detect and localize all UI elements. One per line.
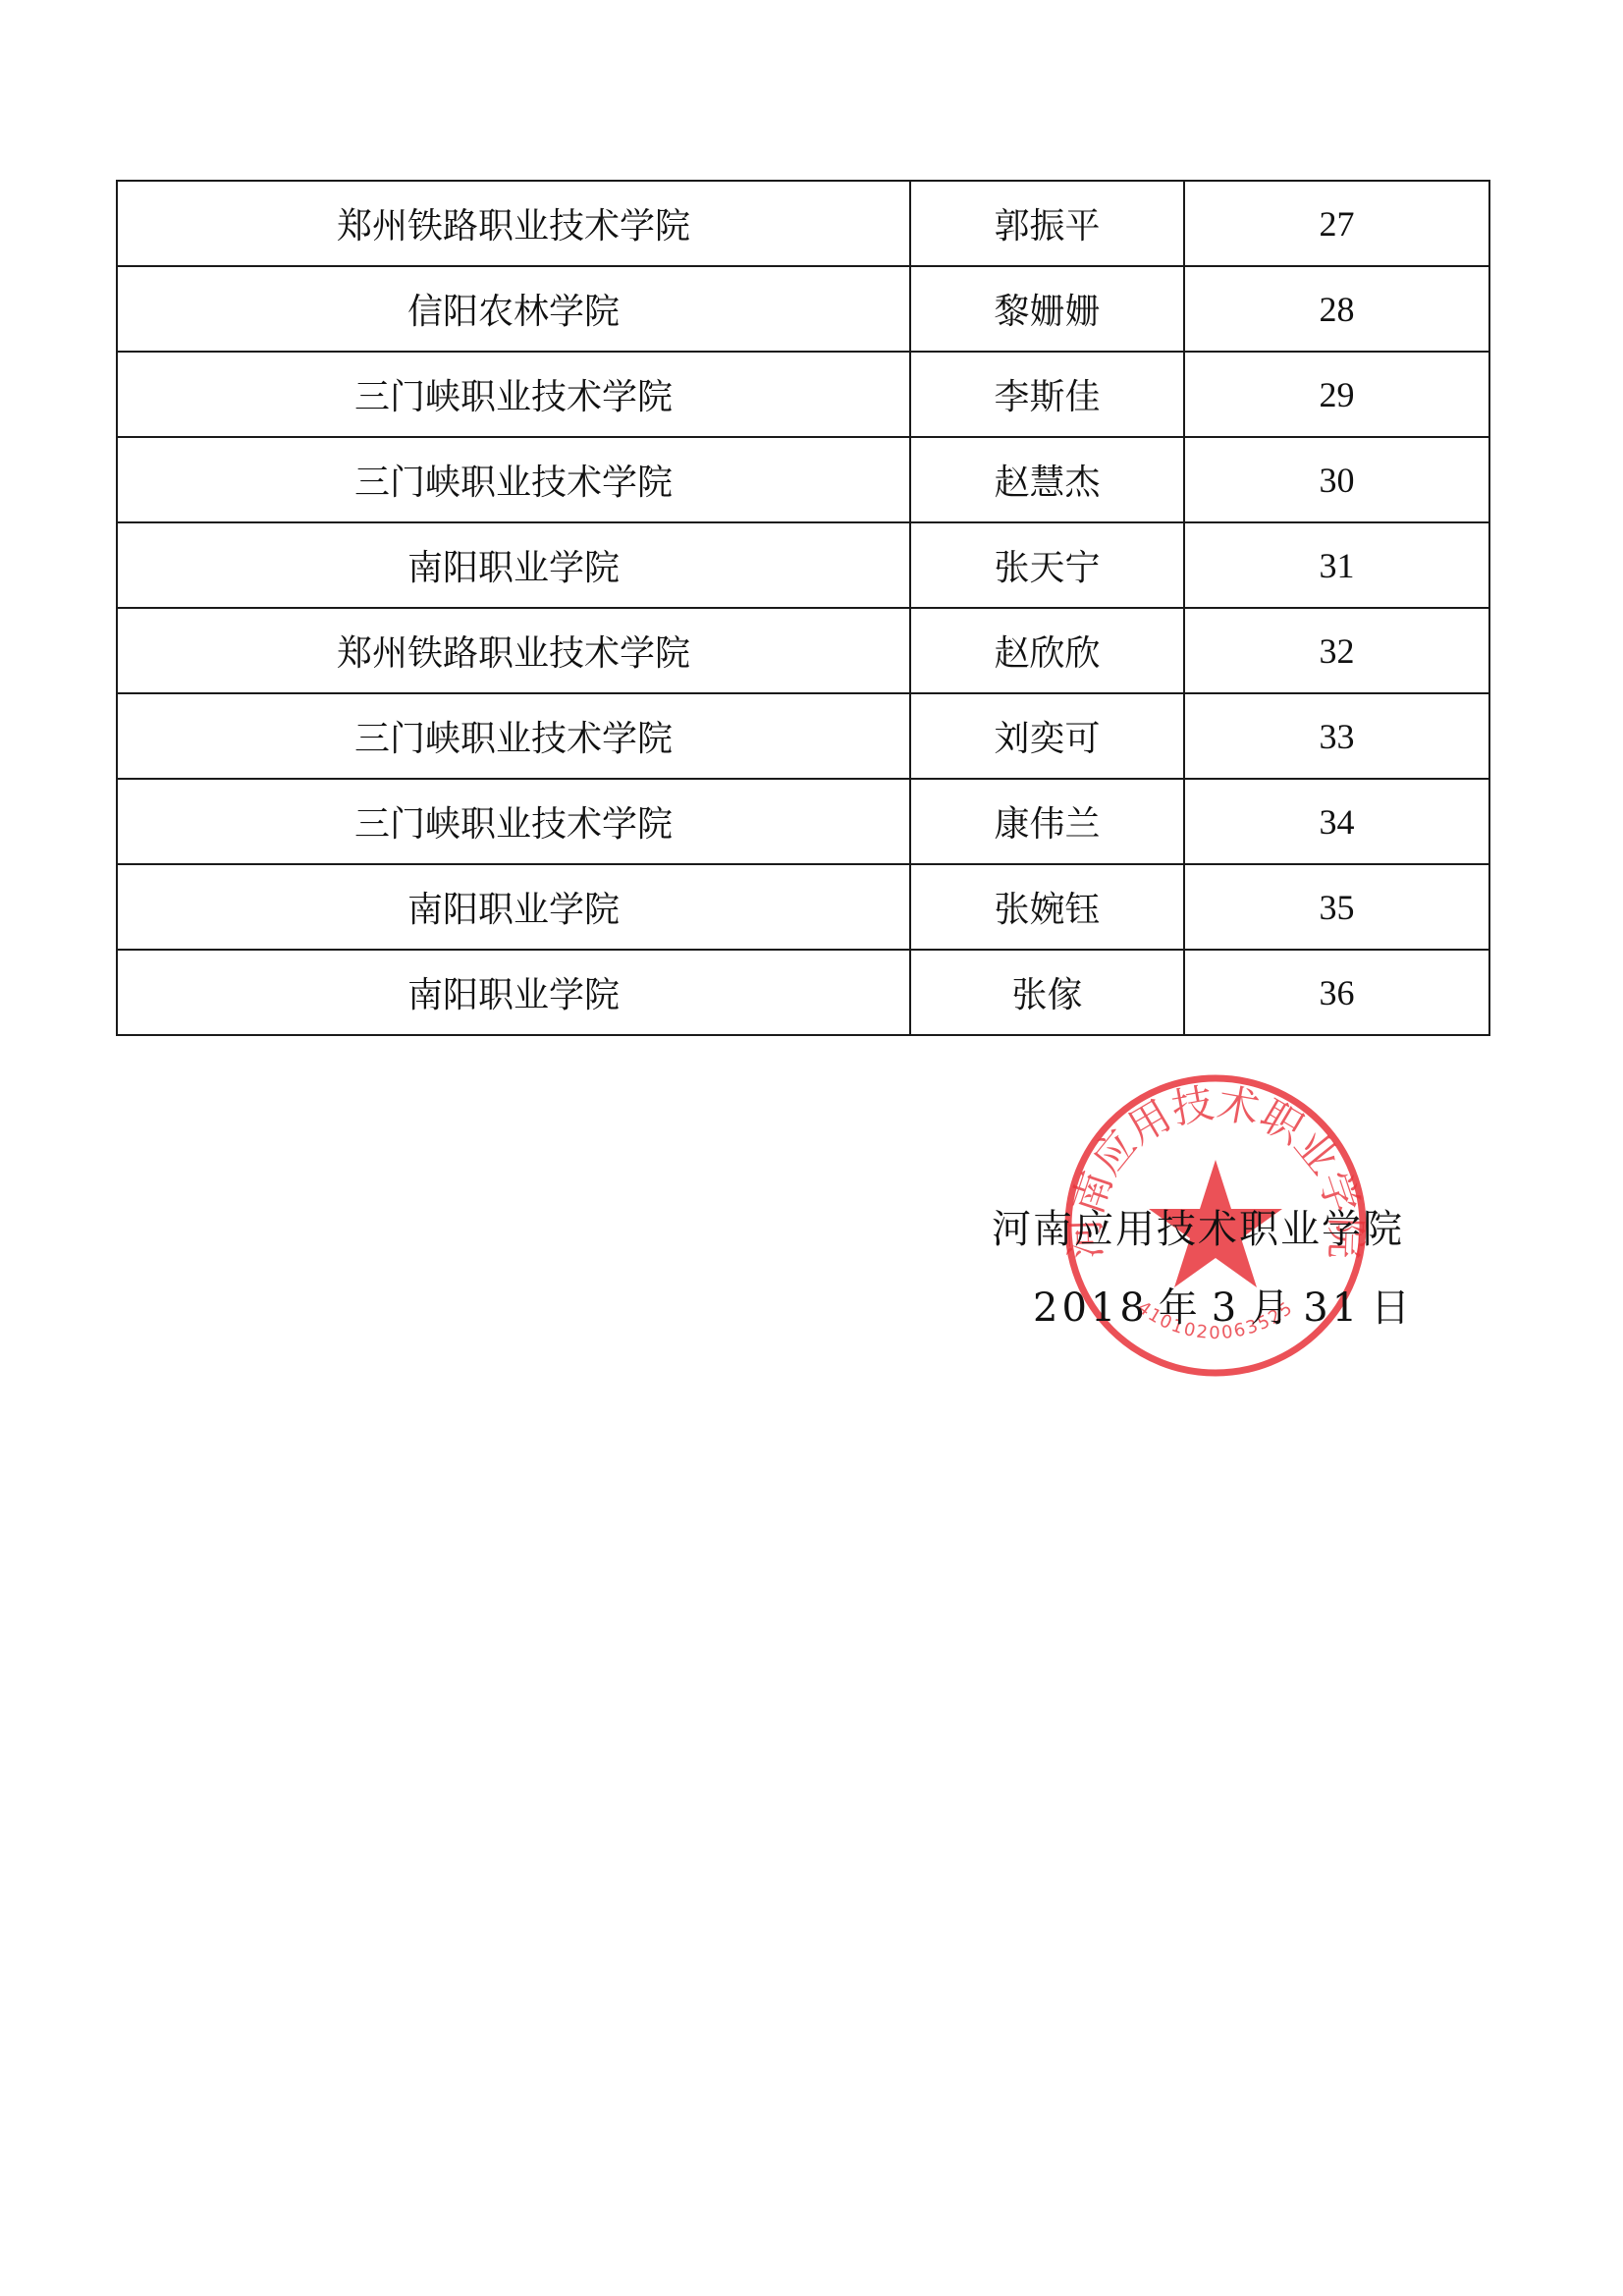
number-cell: 34 [1184,779,1489,864]
number-cell: 36 [1184,950,1489,1035]
name-cell: 黎姗姗 [910,266,1184,352]
name-cell: 李斯佳 [910,352,1184,437]
number-cell: 29 [1184,352,1489,437]
date-month-unit: 月 [1250,1285,1293,1331]
school-cell: 三门峡职业技术学院 [117,693,910,779]
number-cell: 30 [1184,437,1489,522]
name-cell: 刘奕可 [910,693,1184,779]
school-cell: 三门峡职业技术学院 [117,779,910,864]
date-year: 2018 [1033,1285,1149,1331]
table-row: 三门峡职业技术学院李斯佳29 [117,352,1489,437]
date-month: 3 [1212,1285,1240,1331]
school-cell: 南阳职业学院 [117,950,910,1035]
school-cell: 三门峡职业技术学院 [117,437,910,522]
table-row: 郑州铁路职业技术学院郭振平27 [117,181,1489,266]
table-row: 三门峡职业技术学院赵慧杰30 [117,437,1489,522]
name-cell: 赵欣欣 [910,608,1184,693]
table-row: 三门峡职业技术学院刘奕可33 [117,693,1489,779]
name-cell: 郭振平 [910,181,1184,266]
school-cell: 南阳职业学院 [117,864,910,950]
school-cell: 郑州铁路职业技术学院 [117,608,910,693]
signature-date: 2018年3月31日 [1033,1277,1424,1333]
school-cell: 郑州铁路职业技术学院 [117,181,910,266]
school-cell: 三门峡职业技术学院 [117,352,910,437]
table-row: 三门峡职业技术学院康伟兰34 [117,779,1489,864]
school-cell: 信阳农林学院 [117,266,910,352]
date-day: 31 [1303,1285,1361,1331]
number-cell: 31 [1184,522,1489,608]
name-cell: 赵慧杰 [910,437,1184,522]
number-cell: 27 [1184,181,1489,266]
school-cell: 南阳职业学院 [117,522,910,608]
table-row: 南阳职业学院张天宁31 [117,522,1489,608]
date-day-unit: 日 [1371,1285,1414,1331]
number-cell: 35 [1184,864,1489,950]
name-cell: 康伟兰 [910,779,1184,864]
table-row: 信阳农林学院黎姗姗28 [117,266,1489,352]
number-cell: 33 [1184,693,1489,779]
roster-table: 郑州铁路职业技术学院郭振平27信阳农林学院黎姗姗28三门峡职业技术学院李斯佳29… [116,180,1490,1036]
name-cell: 张婉钰 [910,864,1184,950]
table-row: 南阳职业学院张傢36 [117,950,1489,1035]
table-row: 南阳职业学院张婉钰35 [117,864,1489,950]
signature-org: 河南应用技术职业学院 [992,1198,1404,1254]
name-cell: 张天宁 [910,522,1184,608]
name-cell: 张傢 [910,950,1184,1035]
number-cell: 32 [1184,608,1489,693]
number-cell: 28 [1184,266,1489,352]
table-row: 郑州铁路职业技术学院赵欣欣32 [117,608,1489,693]
date-year-unit: 年 [1159,1285,1202,1331]
